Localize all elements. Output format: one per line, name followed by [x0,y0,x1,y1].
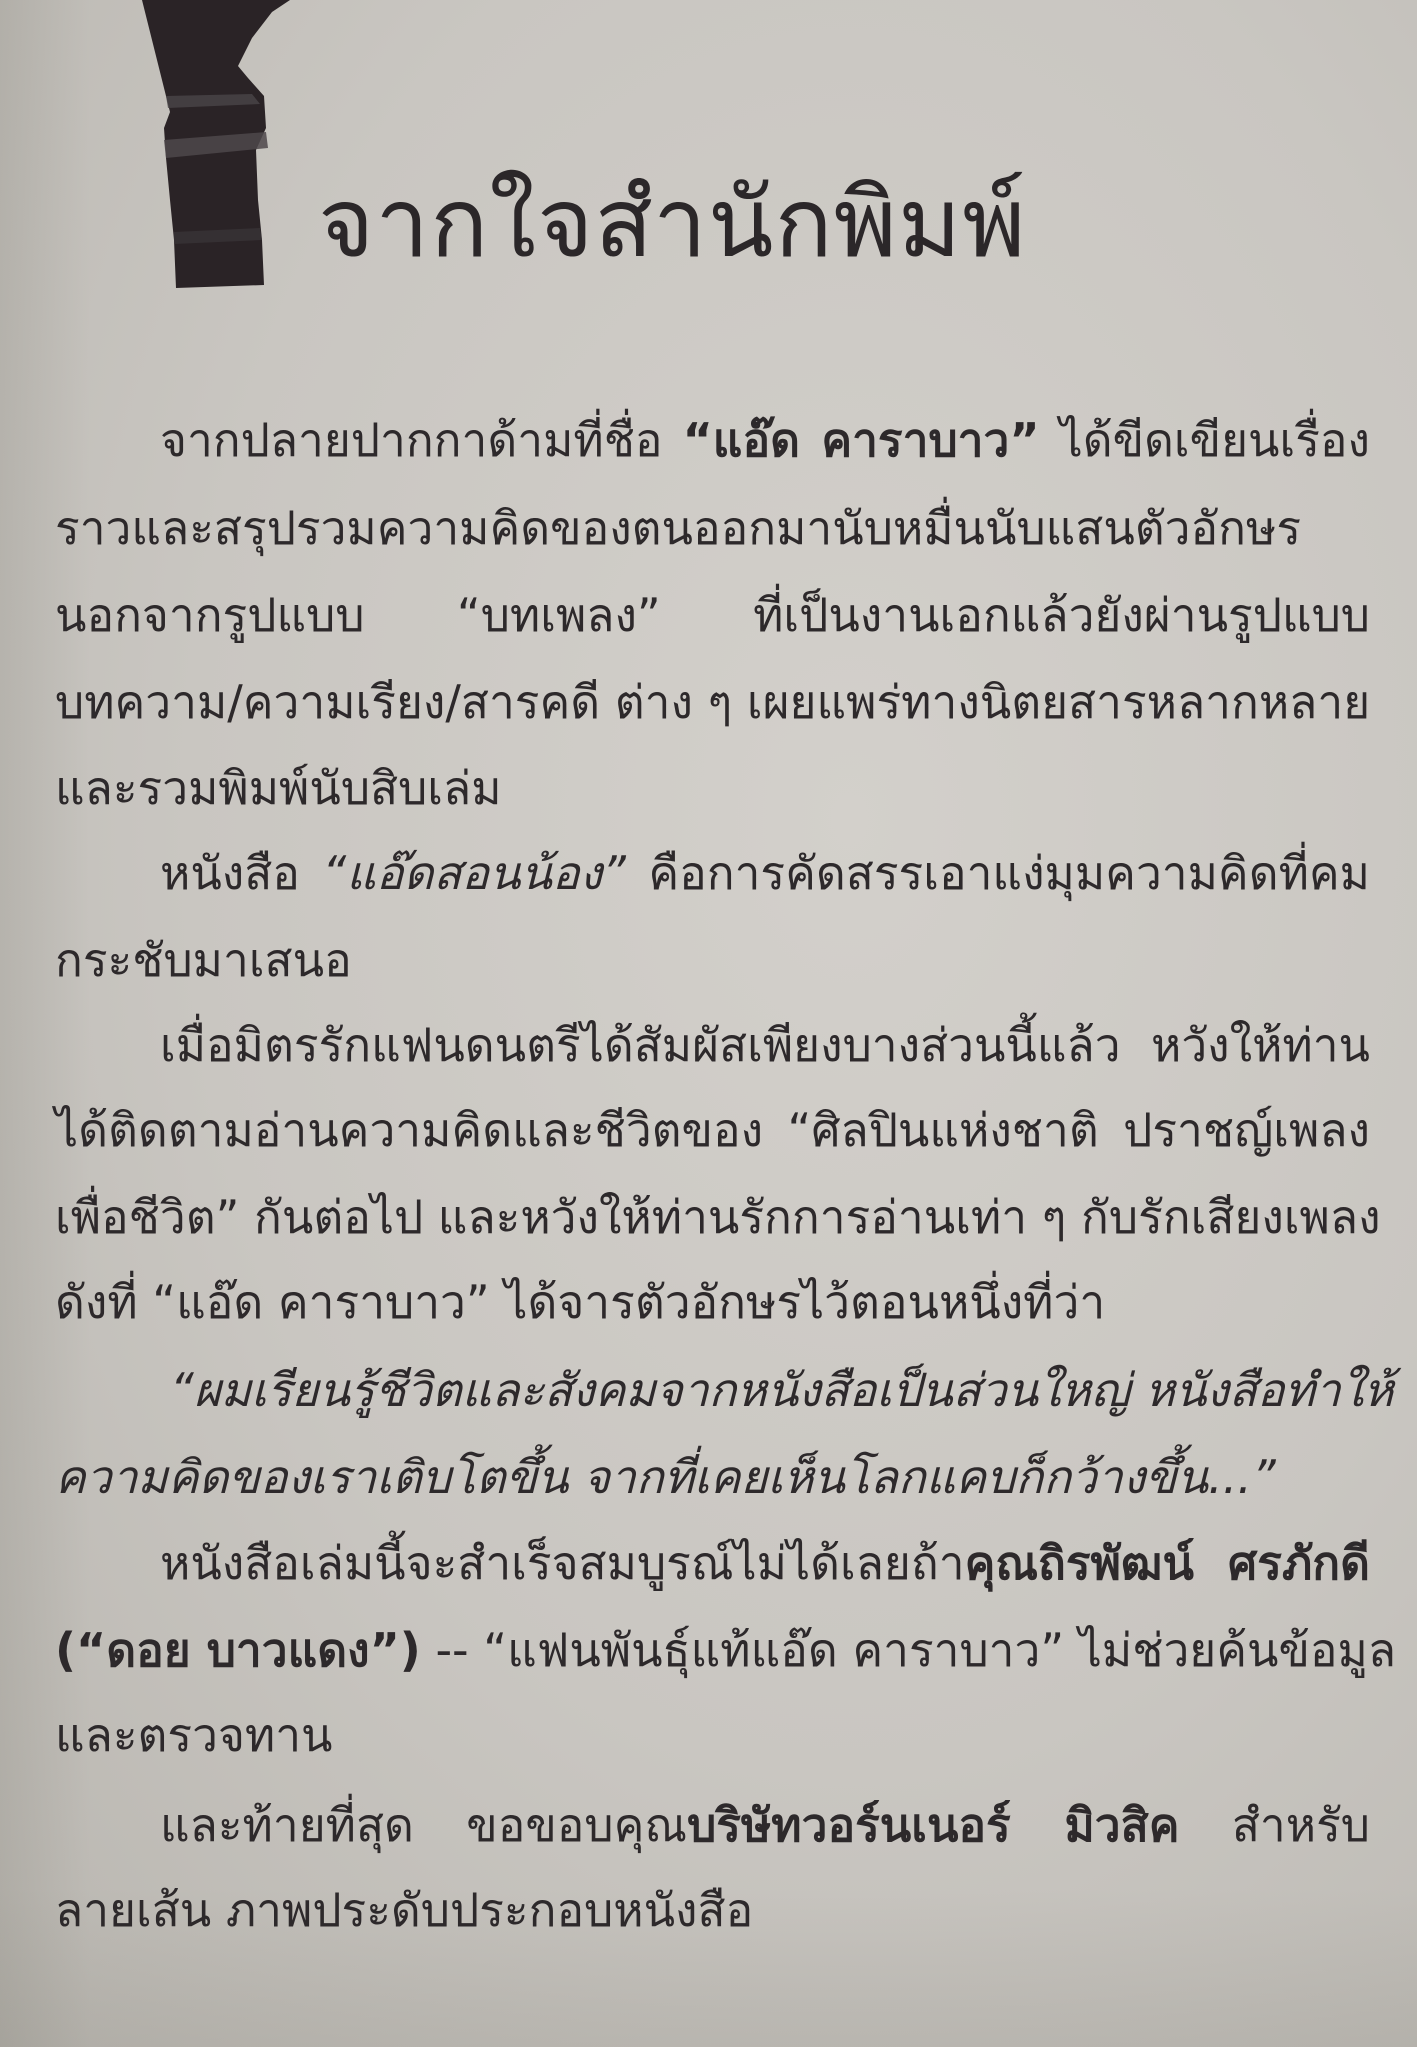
paragraph-3-line-2: ได้ติดตามอ่านความคิดและชีวิตของ “ศิลปินแ… [55,1100,1370,1160]
paragraph-3-line-3: เพื่อชีวิต” กันต่อไป และหวังให้ท่านรักกา… [55,1187,1370,1247]
text-run: ราวและสรุปรวมความคิดของตนออกมานับหมื่นนั… [55,501,1301,555]
paragraph-1-line-4: บทความ/ความเรียง/สารคดี ต่าง ๆ เผยแพร่ทา… [55,672,1370,732]
paragraph-2-line-1: หนังสือ “แอ๊ดสอนน้อง” คือการคัดสรรเอาแง่… [160,843,1370,903]
text-run: และตรวจทาน [55,1708,333,1762]
text-run: จากปลายปากกาด้ามที่ชื่อ [160,413,683,467]
paragraph-1-line-3: นอกจากรูปแบบ “บทเพลง” ที่เป็นงานเอกแล้วย… [55,585,1370,645]
text-run: คุณถิรพัฒน์ ศรภักดี [965,1536,1370,1590]
text-run: “ผมเรียนรู้ชีวิตและสังคมจากหนังสือเป็นส่… [170,1363,1394,1417]
text-run: หนังสือ [160,846,322,900]
text-run: และท้ายที่สุด ขอขอบคุณ [160,1798,687,1852]
paragraph-5-line-1: หนังสือเล่มนี้จะสำเร็จสมบูรณ์ไม่ได้เลยถ้… [160,1533,1370,1593]
text-run: -- “แฟนพันธุ์แท้แอ๊ด คาราบาว” ไม่ช่วยค้น… [421,1623,1396,1677]
paragraph-3-line-4: ดังที่ “แอ๊ด คาราบาว” ได้จารตัวอักษรไว้ต… [55,1272,1370,1332]
text-run: ลายเส้น ภาพประดับประกอบหนังสือ [55,1883,753,1937]
paragraph-1-line-1: จากปลายปากกาด้ามที่ชื่อ “แอ๊ด คาราบาว” ไ… [160,410,1370,470]
text-run: กระชับมาเสนอ [55,933,352,987]
paragraph-1-line-2: ราวและสรุปรวมความคิดของตนออกมานับหมื่นนั… [55,498,1370,558]
paragraph-4-line-2: ความคิดของเราเติบโตขึ้น จากที่เคยเห็นโลก… [55,1447,1370,1507]
text-run: หนังสือเล่มนี้จะสำเร็จสมบูรณ์ไม่ได้เลยถ้… [160,1536,965,1590]
paragraph-3-line-1: เมื่อมิตรรักแฟนดนตรีได้สัมผัสเพียงบางส่ว… [160,1015,1370,1075]
text-run: นอกจากรูปแบบ “บทเพลง” ที่เป็นงานเอกแล้วย… [55,588,1370,642]
paragraph-6-line-2: ลายเส้น ภาพประดับประกอบหนังสือ [55,1880,1370,1940]
text-run: ได้ขีดเขียนเรื่อง [1040,413,1370,467]
text-run: และรวมพิมพ์นับสิบเล่ม [55,761,502,815]
paragraph-2-line-2: กระชับมาเสนอ [55,930,1370,990]
text-run: บทความ/ความเรียง/สารคดี ต่าง ๆ เผยแพร่ทา… [55,675,1370,729]
paragraph-4-line-1: “ผมเรียนรู้ชีวิตและสังคมจากหนังสือเป็นส่… [170,1360,1370,1420]
paragraph-5-line-3: และตรวจทาน [55,1705,1370,1765]
text-run: บริษัทวอร์นเนอร์ มิวสิค [687,1798,1179,1852]
paragraph-1-line-5: และรวมพิมพ์นับสิบเล่ม [55,758,1370,818]
paragraph-5-line-2: (“ดอย บาวแดง”) -- “แฟนพันธุ์แท้แอ๊ด คารา… [55,1620,1370,1680]
guitar-neck-ornament-icon [140,0,290,290]
text-run: ดังที่ “แอ๊ด คาราบาว” ได้จารตัวอักษรไว้ต… [55,1275,1105,1329]
text-run: ความคิดของเราเติบโตขึ้น จากที่เคยเห็นโลก… [55,1450,1276,1504]
page-title: จากใจสำนักพิมพ์ [318,168,1027,278]
text-run: “แอ๊ด คาราบาว” [683,413,1040,467]
text-run: ได้ติดตามอ่านความคิดและชีวิตของ “ศิลปินแ… [55,1103,1370,1157]
text-run: เพื่อชีวิต” กันต่อไป และหวังให้ท่านรักกา… [55,1190,1381,1244]
text-run: สำหรับ [1180,1798,1371,1852]
paragraph-6-line-1: และท้ายที่สุด ขอขอบคุณบริษัทวอร์นเนอร์ ม… [160,1795,1370,1855]
text-run: “แอ๊ดสอนน้อง” [322,846,626,900]
book-page: จากใจสำนักพิมพ์ จากปลายปากกาด้ามที่ชื่อ … [0,0,1417,2047]
text-run: คือการคัดสรรเอาแง่มุมความคิดที่คม [626,846,1370,900]
text-run: เมื่อมิตรรักแฟนดนตรีได้สัมผัสเพียงบางส่ว… [160,1018,1370,1072]
text-run: (“ดอย บาวแดง”) [55,1623,421,1677]
